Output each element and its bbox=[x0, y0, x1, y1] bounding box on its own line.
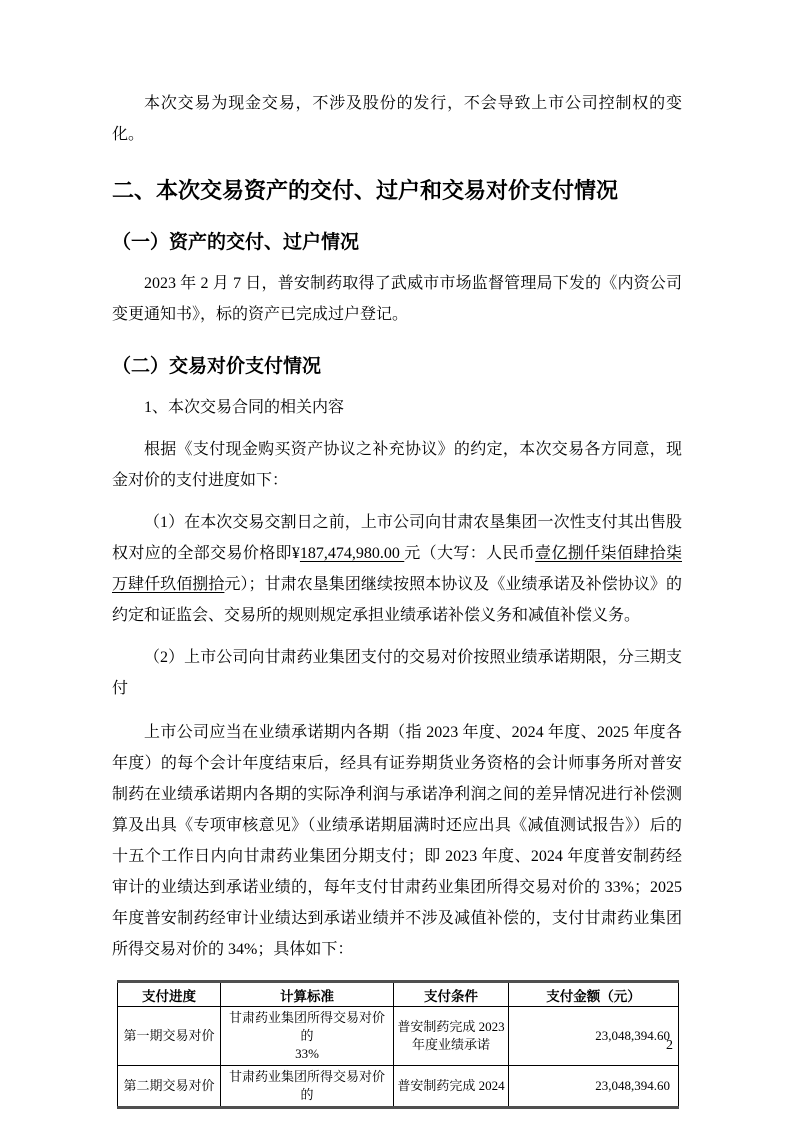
cell-condition: 普安制药完成 2023 年度业绩承诺 bbox=[394, 1007, 509, 1066]
header-payment-condition: 支付条件 bbox=[394, 982, 509, 1007]
cell-amount: 23,048,394.60 bbox=[509, 1007, 679, 1066]
payment-clause-1-paragraph: （1）在本次交易交割日之前，上市公司向甘肃农垦集团一次性支付其出售股权对应的全部… bbox=[112, 507, 682, 631]
cell-standard: 甘肃药业集团所得交易对价的 33% bbox=[221, 1007, 394, 1066]
subsection-heading-asset-transfer: （一）资产的交付、过户情况 bbox=[112, 229, 682, 256]
table-row: 第二期交易对价 甘肃药业集团所得交易对价的 普安制药完成 2024 23,048… bbox=[118, 1066, 679, 1108]
cell-standard: 甘肃药业集团所得交易对价的 bbox=[221, 1066, 394, 1108]
header-payment-progress: 支付进度 bbox=[118, 982, 221, 1007]
header-calculation-standard: 计算标准 bbox=[221, 982, 394, 1007]
payment-detail-paragraph: 上市公司应当在业绩承诺期内各期（指 2023 年度、2024 年度、2025 年… bbox=[112, 717, 682, 965]
intro-paragraph: 本次交易为现金交易，不涉及股份的发行，不会导致上市公司控制权的变化。 bbox=[112, 88, 682, 150]
contract-content-heading: 1、本次交易合同的相关内容 bbox=[112, 392, 682, 423]
clause1-amount-underlined: 187,474,980.00 bbox=[300, 545, 404, 562]
table-row: 第一期交易对价 甘肃药业集团所得交易对价的 33% 普安制药完成 2023 年度… bbox=[118, 1007, 679, 1066]
table-header-row: 支付进度 计算标准 支付条件 支付金额（元） bbox=[118, 982, 679, 1007]
asset-transfer-paragraph: 2023 年 2 月 7 日，普安制药取得了武威市市场监督管理局下发的《内资公司… bbox=[112, 268, 682, 330]
section-heading: 二、本次交易资产的交付、过户和交易对价支付情况 bbox=[112, 176, 682, 206]
cell-amount: 23,048,394.60 bbox=[509, 1066, 679, 1108]
page-number: 2 bbox=[666, 1038, 673, 1054]
clause1-text-mid: 元（大写：人民币 bbox=[404, 545, 535, 562]
subsection-heading-payment: （二）交易对价支付情况 bbox=[112, 353, 682, 380]
payment-schedule-table: 支付进度 计算标准 支付条件 支付金额（元） 第一期交易对价 甘肃药业集团所得交… bbox=[117, 980, 679, 1109]
agreement-paragraph: 根据《支付现金购买资产协议之补充协议》的约定，本次交易各方同意，现金对价的支付进… bbox=[112, 434, 682, 496]
header-payment-amount: 支付金额（元） bbox=[509, 982, 679, 1007]
document-page: 本次交易为现金交易，不涉及股份的发行，不会导致上市公司控制权的变化。 二、本次交… bbox=[0, 0, 793, 1122]
cell-progress: 第一期交易对价 bbox=[118, 1007, 221, 1066]
document-content: 本次交易为现金交易，不涉及股份的发行，不会导致上市公司控制权的变化。 二、本次交… bbox=[112, 88, 682, 1109]
cell-progress: 第二期交易对价 bbox=[118, 1066, 221, 1108]
cell-condition: 普安制药完成 2024 bbox=[394, 1066, 509, 1108]
payment-clause-2-paragraph: （2）上市公司向甘肃药业集团支付的交易对价按照业绩承诺期限，分三期支付 bbox=[112, 642, 682, 704]
